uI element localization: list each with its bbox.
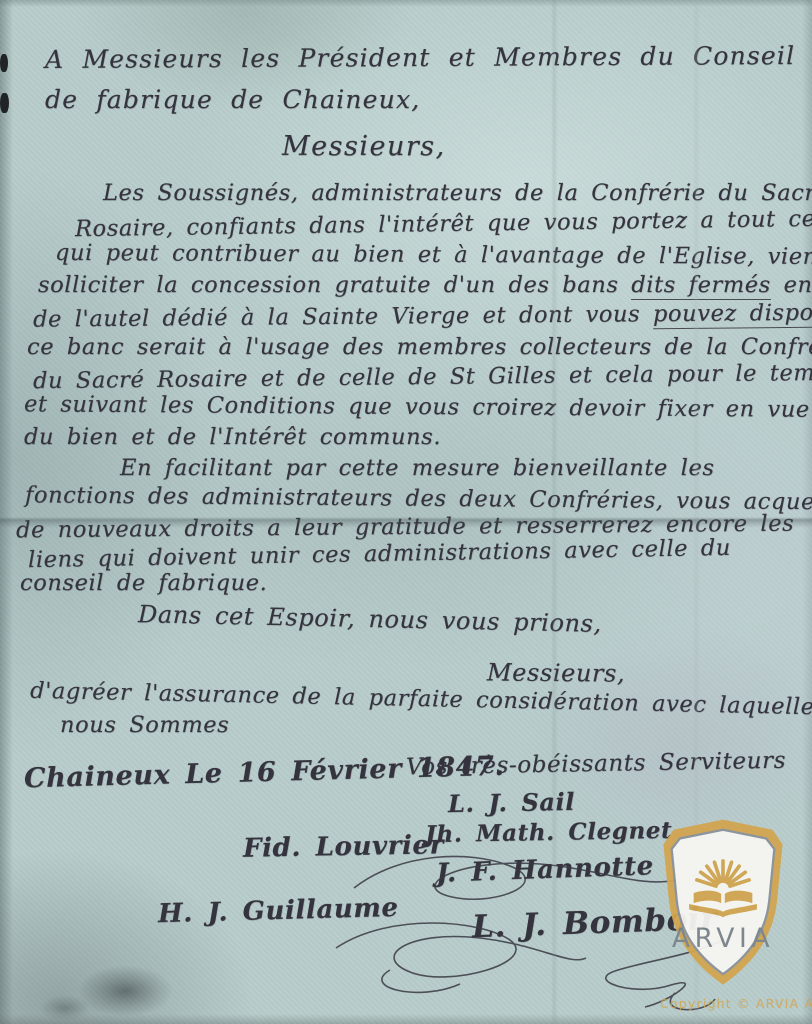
body-line: de l'autel dédié à la Sainte Vierge et d… xyxy=(33,300,812,332)
signature: Fid. Louvrier xyxy=(243,831,444,863)
underlined-text: dits fermés xyxy=(631,272,771,300)
arvia-brand-text: ARVIA xyxy=(672,923,774,954)
signature: Jh. Math. Clegnet xyxy=(425,818,673,848)
arvia-watermark: ARVIA xyxy=(650,816,796,992)
body-line: solliciter la concession gratuite d'un d… xyxy=(38,273,812,298)
body-line: conseil de fabrique. xyxy=(20,571,267,596)
arvia-shield-logo: ARVIA xyxy=(650,816,796,992)
signature: J. F. Hannotte xyxy=(436,852,655,888)
espoir-line: Dans cet Espoir, nous vous prions, xyxy=(138,601,602,637)
body-line: qui peut contribuer au bien et à l'avant… xyxy=(55,241,812,270)
body-line: Rosaire, confiants dans l'intérêt que vo… xyxy=(75,207,812,242)
body-line: En facilitant par cette mesure bienveill… xyxy=(120,456,715,481)
signature: L. J. Sail xyxy=(448,789,575,818)
salutation-line-2: de fabrique de Chaineux, xyxy=(45,86,420,114)
watermark-copyright: Copyright © ARVIA ASBL xyxy=(660,996,812,1011)
closing-line-2: nous Sommes xyxy=(60,713,229,738)
body-line: Les Soussignés, administrateurs de la Co… xyxy=(103,181,812,206)
smudge-stain xyxy=(40,995,90,1021)
signature: H. J. Guillaume xyxy=(158,894,399,929)
body-line: du bien et de l'Intérêt communs. xyxy=(24,425,441,450)
body-line: du Sacré Rosaire et de celle de St Gille… xyxy=(33,361,812,394)
letter-scan-page: A Messieurs les Président et Membres du … xyxy=(0,0,812,1024)
ink-stain xyxy=(0,54,8,72)
body-line: ce banc serait à l'usage des membres col… xyxy=(27,335,812,360)
messieurs-line: Messieurs, xyxy=(487,659,625,687)
body-text: solliciter la concession gratuite d'un d… xyxy=(38,272,631,298)
ink-stain xyxy=(0,93,9,113)
servants-line: Vos très-obéissants Serviteurs xyxy=(406,749,786,781)
underlined-text: pouvez disposer: xyxy=(653,299,812,329)
body-text: en face xyxy=(771,272,812,298)
body-line: et suivant les Conditions que vous croir… xyxy=(24,392,810,422)
salutation-line-1: A Messieurs les Président et Membres du … xyxy=(45,42,795,73)
body-text: de l'autel dédié à la Sainte Vierge et d… xyxy=(33,301,653,332)
greeting: Messieurs, xyxy=(282,132,446,162)
smudge-stain xyxy=(78,965,173,1017)
